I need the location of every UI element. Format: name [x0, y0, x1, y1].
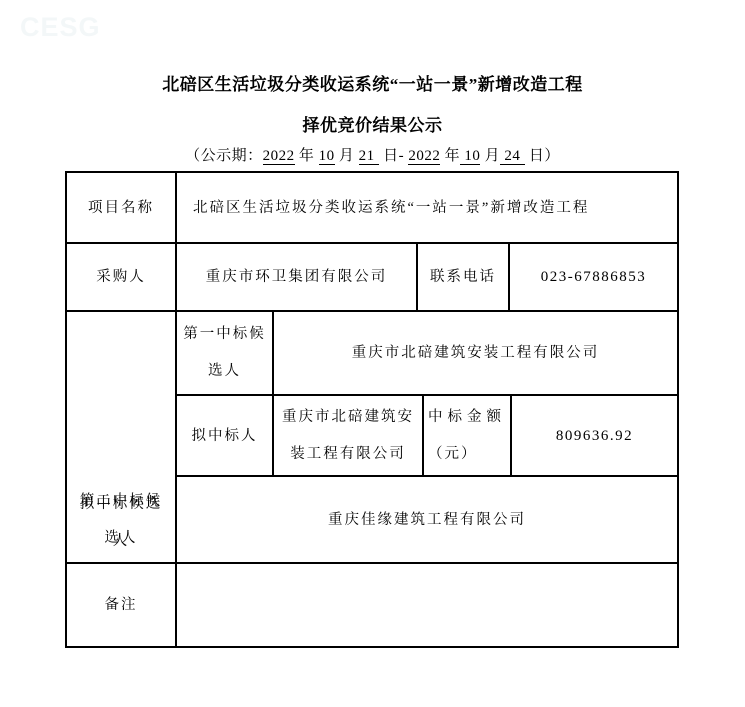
period-start-month: 10 — [319, 148, 335, 165]
period-sep: 月 — [335, 148, 359, 164]
proposed-winner-value-line2: 装工程有限公司 — [290, 436, 406, 473]
proposed-winner-value-line1: 重庆市北碚建筑安 — [282, 399, 414, 436]
first-candidate-value-cell: 重庆市北碚建筑安装工程有限公司 — [274, 312, 677, 396]
period-sep: 日- — [379, 148, 409, 164]
document-title: 北碚区生活垃圾分类收运系统“一站一景”新增改造工程 — [0, 70, 745, 95]
period-start-day: 21 — [359, 148, 379, 165]
project-name-label-cell: 项目名称 — [67, 173, 177, 244]
second-candidate-label-cell: 第二中标候 选人 — [67, 477, 177, 564]
period-end-day: 24 — [500, 148, 525, 165]
project-name-value-cell: 北碚区生活垃圾分类收运系统“一站一景”新增改造工程 — [177, 173, 677, 244]
watermark-logo-text: CESG — [20, 12, 101, 43]
proposed-winner-value-cell: 重庆市北碚建筑安 装工程有限公司 — [274, 396, 424, 477]
second-candidate-label-line2: 选人 — [105, 520, 138, 557]
period-start-year: 2022 — [263, 148, 295, 165]
period-end-month: 10 — [460, 148, 480, 165]
period-prefix: （公示期： — [185, 148, 263, 164]
second-candidate-value-cell: 重庆佳缘建筑工程有限公司 — [177, 477, 677, 564]
second-candidate-label-line1: 第二中标候 — [80, 483, 163, 520]
amount-label-cell: 中标金额 （元） — [424, 396, 512, 477]
amount-label-line2: （元） — [428, 436, 478, 473]
period-sep: 月 — [480, 148, 500, 164]
remarks-label-cell: 备注 — [67, 564, 177, 646]
period-end-year: 2022 — [408, 148, 440, 165]
proposed-winner-label-cell: 拟中标人 — [177, 396, 274, 477]
document-subtitle: 择优竞价结果公示 — [0, 111, 745, 136]
purchaser-label-cell: 采购人 — [67, 244, 177, 312]
result-table: 项目名称 北碚区生活垃圾分类收运系统“一站一景”新增改造工程 采购人 重庆市环卫… — [65, 171, 679, 648]
period-suffix: 日） — [525, 148, 560, 164]
amount-value-cell: 809636.92 — [512, 396, 677, 477]
phone-label-cell: 联系电话 — [418, 244, 510, 312]
first-candidate-label-cell: 第一中标候 选人 — [177, 312, 274, 396]
amount-label-line1: 中标金额 — [428, 399, 506, 436]
publicity-period-line: （公示期：2022 年 10 月 21 日- 2022 年 10 月 24 日） — [0, 144, 745, 165]
period-sep: 年 — [440, 148, 460, 164]
phone-value-cell: 023-67886853 — [510, 244, 677, 312]
first-candidate-label-line1: 第一中标候 — [183, 316, 266, 353]
notice-document-page: CESG 北碚区生活垃圾分类收运系统“一站一景”新增改造工程 择优竞价结果公示 … — [0, 0, 745, 707]
remarks-value-cell — [177, 564, 677, 646]
first-candidate-label-line2: 选人 — [208, 353, 241, 390]
purchaser-value-cell: 重庆市环卫集团有限公司 — [177, 244, 418, 312]
period-sep: 年 — [295, 148, 319, 164]
